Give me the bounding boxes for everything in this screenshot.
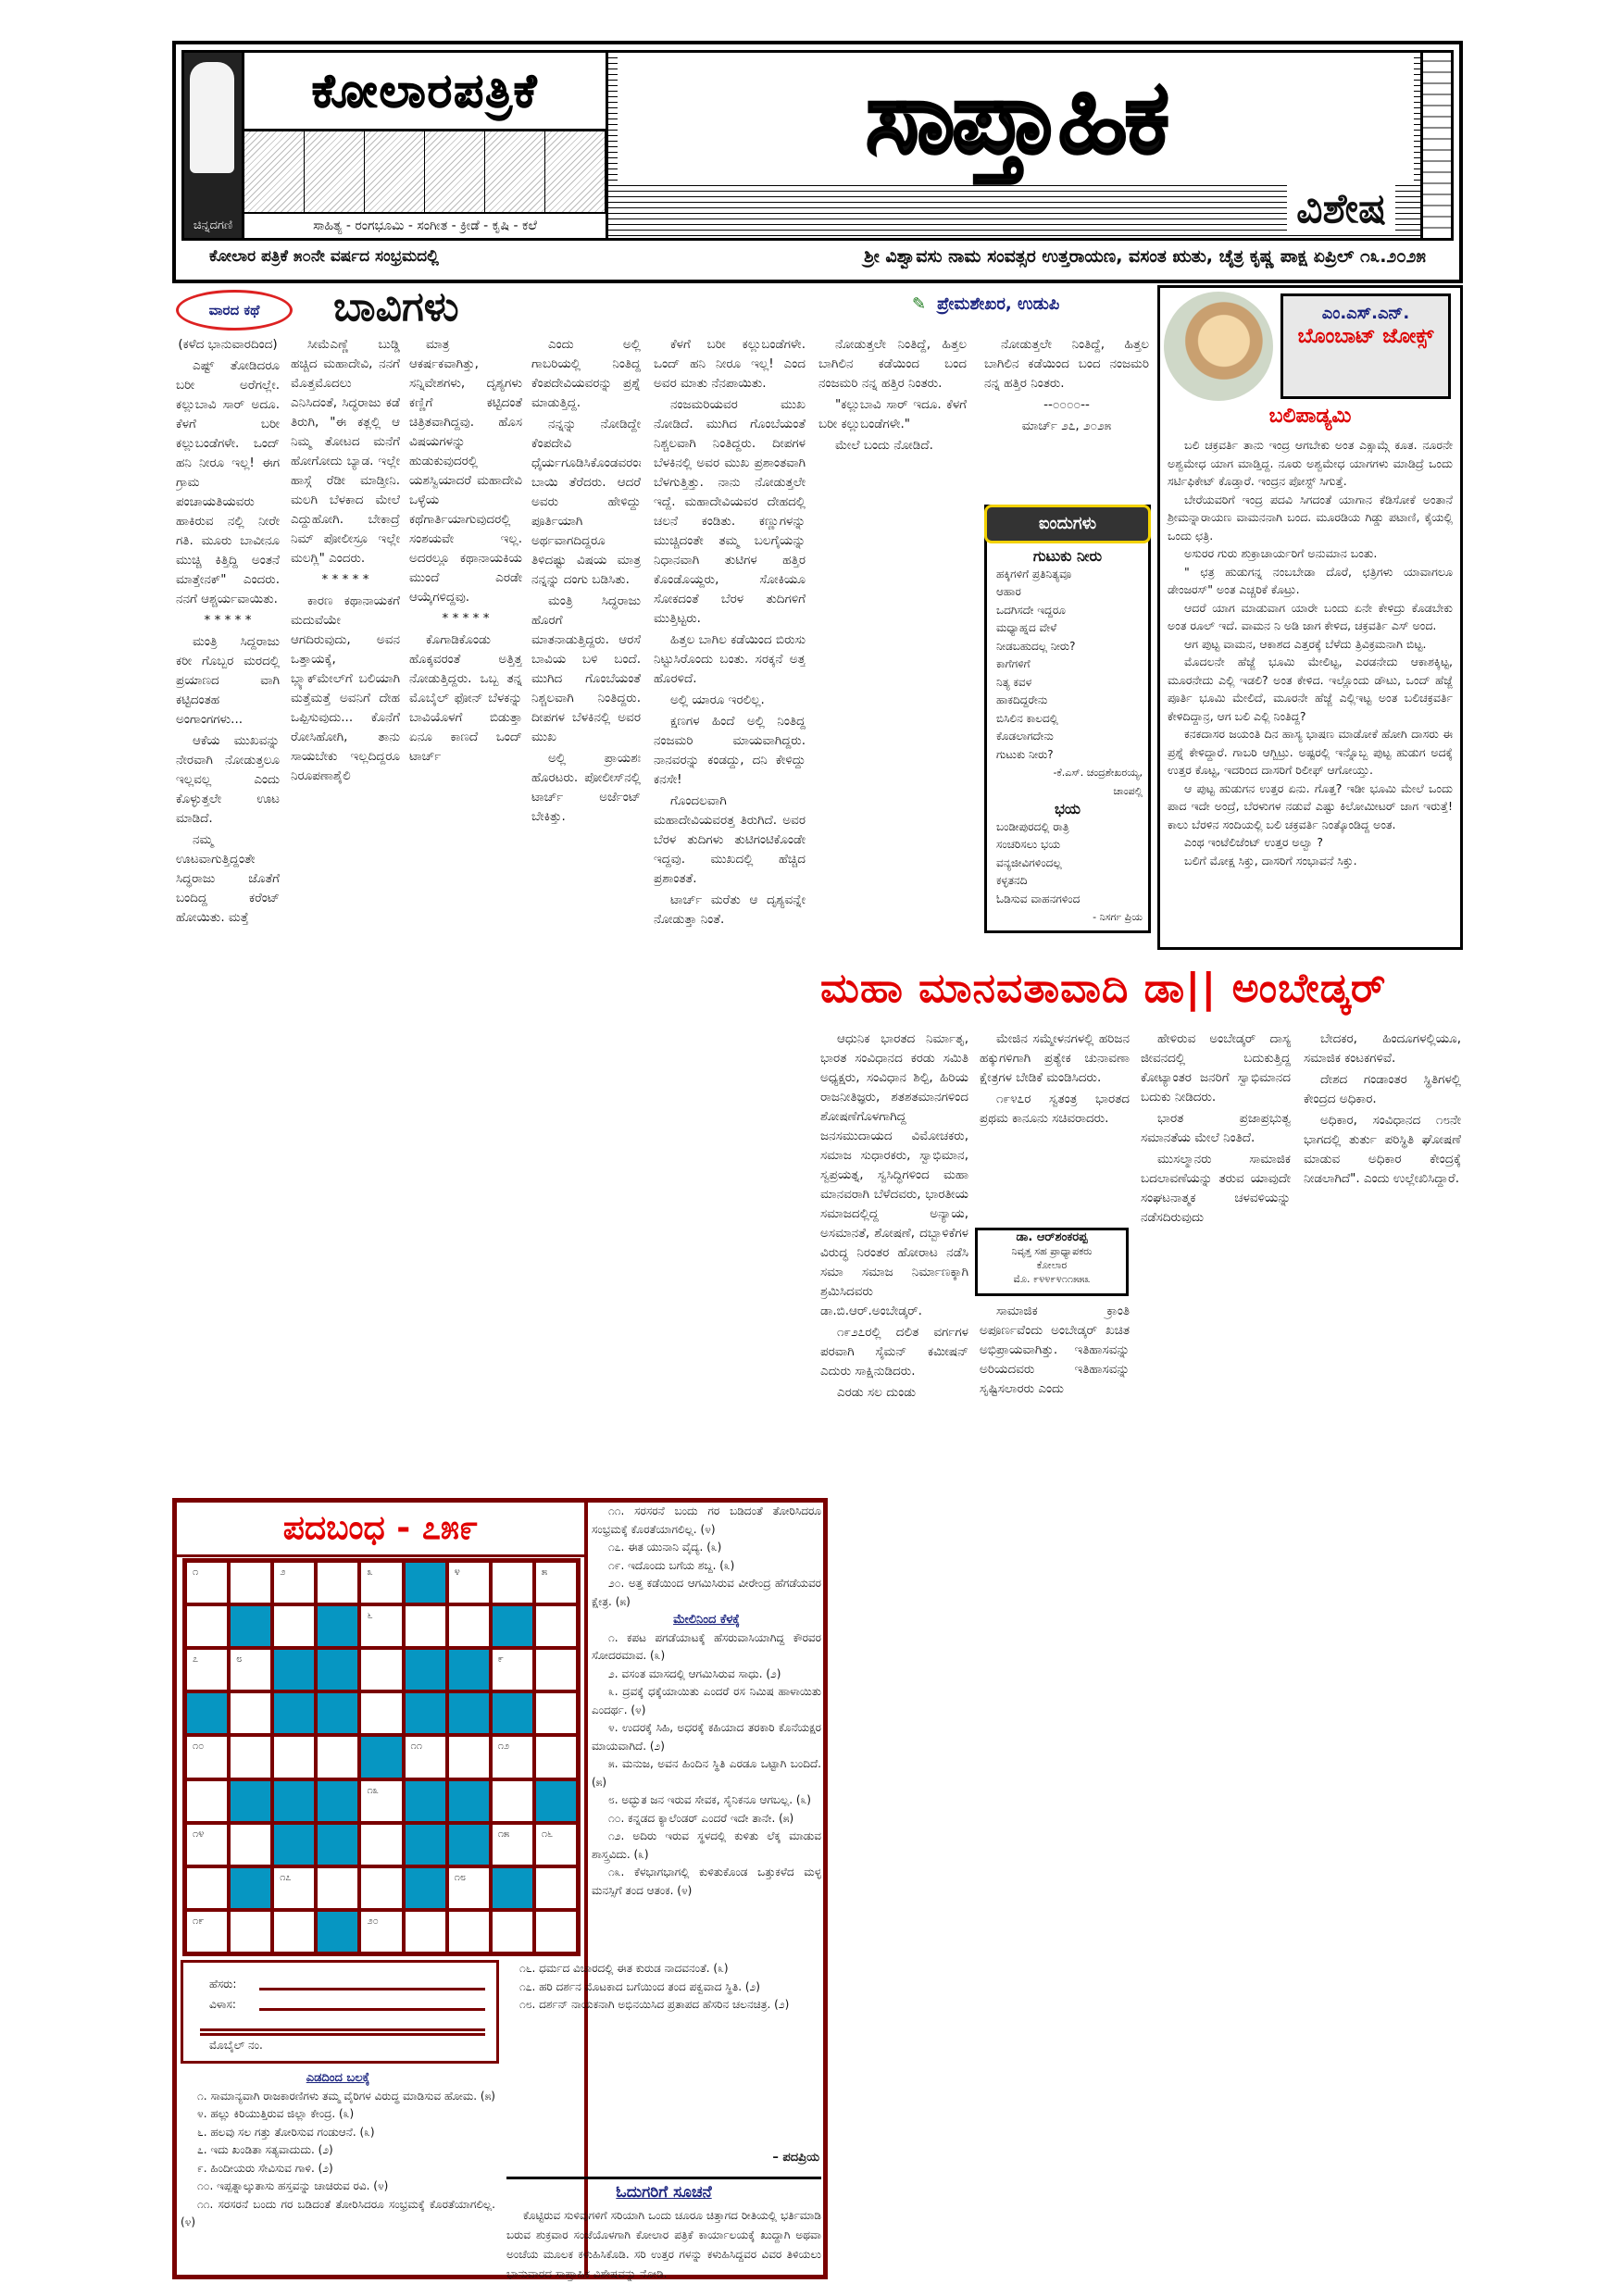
story-column-3: ಮಾತ್ರ ಆಕರ್ಷಕವಾಗಿತ್ತು, ಸನ್ನಿವೇಶಗಳು, ದೃಶ್ಯ…	[409, 335, 522, 1474]
crossword-cell[interactable]: ೨	[272, 1561, 316, 1604]
clue-number: ೫	[542, 1566, 547, 1578]
crossword-cell[interactable]	[272, 1910, 316, 1953]
decorative-border	[1420, 53, 1451, 238]
poem-author: -ಕೆ.ಎಸ್. ಚಂದ್ರಶೇಖರಯ್ಯ,	[987, 764, 1148, 782]
masthead-title-right: ಸಾಪ್ತಾಹಿಕ	[618, 53, 1414, 182]
crossword-cell[interactable]	[359, 1866, 403, 1910]
crossword-block-cell	[316, 1823, 359, 1866]
clue-number: ೨	[280, 1566, 285, 1578]
crossword-cell[interactable]: ೧೯	[185, 1910, 229, 1953]
story-column-2: ಸೀಮೆಎಣ್ಣೆ ಬುಡ್ಡಿ ಹಚ್ಚಿದ ಮಹಾದೇವಿ, ನನಗೆ ಮೊ…	[291, 335, 400, 1474]
mobile-field[interactable]: ಮೊಬೈಲ್ ನಂ.	[194, 2039, 485, 2053]
clue-number: ೭	[193, 1653, 198, 1666]
crossword-cell[interactable]	[534, 1604, 578, 1648]
crossword-cell[interactable]	[534, 1866, 578, 1910]
crossword-cell[interactable]	[272, 1735, 316, 1778]
crossword-cell[interactable]: ೮	[229, 1648, 272, 1691]
crossword-block-cell	[316, 1604, 359, 1648]
crossword-cell[interactable]: ೧೭	[272, 1866, 316, 1910]
arts-illustration	[244, 131, 606, 214]
crossword-cell[interactable]: ೪	[447, 1561, 491, 1604]
article-column-2b: ಸಾಮಾಜಿಕ ಕ್ರಾಂತಿ ಅಪೂರ್ಣವೆಂದು ಅಂಬೇಡ್ಕರ್ ಖಚ…	[980, 1302, 1130, 2270]
crossword-cell[interactable]	[491, 1779, 534, 1823]
crossword-cell[interactable]: ೭	[185, 1648, 229, 1691]
crossword-cell[interactable]	[447, 1910, 491, 1953]
crossword-cell[interactable]: ೯	[491, 1648, 534, 1691]
poem-title: ಗುಟುಕು ನೀರು	[987, 547, 1148, 566]
anniversary-note: ಕೋಲಾರ ಪತ್ರಿಕೆ ೫೦ನೇ ವರ್ಷದ ಸಂಭ್ರಮದಲ್ಲಿ	[209, 247, 439, 266]
masthead-subtitle: ವಿಶೇಷ	[1287, 185, 1395, 232]
poems-box: ಐಂದುಗಳು ಗುಟುಕು ನೀರು ಹಕ್ಕಿಗಳಿಗೆ ಪ್ರತಿನಿತ್…	[984, 505, 1151, 933]
crossword-cell[interactable]	[359, 1823, 403, 1866]
crossword-cell[interactable]	[404, 1604, 447, 1648]
crossword-cell[interactable]	[229, 1735, 272, 1778]
story-title: ಬಾವಿಗಳು	[333, 283, 459, 331]
clue-number: ೧೩	[367, 1784, 378, 1797]
crossword-block-cell	[447, 1779, 491, 1823]
crossword-cell[interactable]	[185, 1604, 229, 1648]
poem-title: ಭಯ	[987, 800, 1148, 818]
crossword-cell[interactable]	[491, 1561, 534, 1604]
article-column-2a: ಮೇಜಿನ ಸಮ್ಮೇಳನಗಳಲ್ಲಿ ಹರಿಜನ ಹಕ್ಕುಗಳಿಗಾಗಿ ಪ…	[980, 1029, 1130, 1224]
joke-body: ಬಲಿ ಚಕ್ರವರ್ತಿ ತಾನು ಇಂದ್ರ ಆಗಬೇಕು ಅಂತ ಎಕ್ಸ…	[1168, 436, 1453, 940]
jokes-box: ಎಂ.ಎಸ್.ಎನ್. ಬೊಂಬಾಟ್ ಜೋಕ್ಸ್ ಬಲಿಪಾಡ್ಯಮಿ ಬಲ…	[1157, 285, 1463, 950]
story-date: ಮಾರ್ಚ್ ೨೭, ೨೦೨೫	[984, 417, 1149, 436]
crossword-cell[interactable]: ೧೬	[534, 1823, 578, 1866]
crossword-cell[interactable]: ೨೦	[359, 1910, 403, 1953]
crossword-cell[interactable]	[534, 1910, 578, 1953]
story-column-4: ಎಂದು ಅಲ್ಲಿ ಗಾಬರಿಯಲ್ಲಿ ನಿಂತಿದ್ದ ಕೆಂಪದೇವಿಯ…	[531, 335, 641, 1474]
pen-icon: ✎	[912, 294, 926, 314]
crossword-cell[interactable]	[534, 1735, 578, 1778]
crossword-cell[interactable]	[534, 1648, 578, 1691]
crossword-signature: – ಪದಪ್ರಿಯ	[592, 2151, 819, 2165]
crossword-cell[interactable]	[316, 1561, 359, 1604]
crossword-block-cell	[491, 1866, 534, 1910]
clue-number: ೧೨	[498, 1740, 509, 1753]
crossword-block-cell	[229, 1779, 272, 1823]
crossword-block-cell	[447, 1691, 491, 1735]
clue-number: ೪	[455, 1566, 460, 1578]
crossword-cell[interactable]: ೧	[185, 1561, 229, 1604]
crossword-cell[interactable]	[229, 1823, 272, 1866]
crossword-cell[interactable]	[229, 1910, 272, 1953]
across-clues: ಎಡದಿಂದ ಬಲಕ್ಕೆ ೧. ಸಾಮಾನ್ಯವಾಗಿ ರಾಜಕಾರಣಿಗಳು…	[181, 2069, 495, 2232]
clue-number: ೮	[236, 1653, 242, 1666]
clue-number: ೧೪	[193, 1828, 204, 1841]
weekly-story-badge: ವಾರದ ಕಥೆ	[176, 290, 293, 331]
crossword-clues-right: ೧೧. ಸರಸರನೆ ಬಂದು ಗರ ಬಡಿದಂತೆ ತೋರಿಸಿದರೂ ಸಂಭ…	[592, 1503, 821, 2173]
crossword-block-cell	[447, 1823, 491, 1866]
caricature-image	[1164, 292, 1273, 401]
clue-number: ೧೦	[193, 1740, 204, 1753]
crossword-block-cell	[316, 1648, 359, 1691]
entry-form: ಹೆಸರು: ವಿಳಾಸ: ಮೊಬೈಲ್ ನಂ.	[181, 1960, 499, 2064]
crossword-block-cell	[316, 1910, 359, 1953]
crossword-cell[interactable]	[185, 1779, 229, 1823]
crossword-cell[interactable]	[185, 1866, 229, 1910]
crossword-cell[interactable]: ೧೪	[185, 1823, 229, 1866]
crossword-block-cell	[447, 1648, 491, 1691]
crossword-cell[interactable]	[359, 1691, 403, 1735]
clue-number: ೧೮	[455, 1871, 466, 1884]
article-column-4: ಬೇದಕರ, ಹಿಂದೂಗಳಲ್ಲಿಯೂ, ಸಮಾಜಿಕ ಕಂಟಕಗಳಿವೆ. …	[1304, 1029, 1461, 2270]
joke-title: ಬಲಿಪಾಡ್ಯಮಿ	[1160, 405, 1460, 428]
crossword-block-cell	[404, 1691, 447, 1735]
crossword-cell[interactable]: ೫	[534, 1561, 578, 1604]
crossword-cell[interactable]	[491, 1910, 534, 1953]
story-byline: ✎ಪ್ರೇಮಶೇಖರ, ಉಡುಪಿ	[912, 294, 1059, 314]
crossword-block-cell	[404, 1648, 447, 1691]
crossword-cell[interactable]: ೧೨	[491, 1735, 534, 1778]
crossword-cell[interactable]	[316, 1735, 359, 1778]
crossword-block-cell	[185, 1691, 229, 1735]
story-column-1: (ಕಳೆದ ಭಾನುವಾರದಿಂದ) ಎಷ್ಟ್ ತೋಡಿದರೂ ಬರೀ ಅರೆ…	[176, 335, 280, 1474]
crossword-cell[interactable]: ೧೫	[491, 1823, 534, 1866]
clue-number: ೧೭	[280, 1871, 291, 1884]
crossword-block-cell	[534, 1779, 578, 1823]
article-headline: ಮಹಾ ಮಾನವತಾವಾದಿ ಡಾ|| ಅಂಬೇಡ್ಕರ್	[820, 965, 1463, 1012]
crossword-block-cell	[316, 1691, 359, 1735]
crossword-block-cell	[404, 1866, 447, 1910]
address-field[interactable]: ವಿಳಾಸ:	[194, 1998, 485, 2013]
crossword-cell[interactable]	[229, 1691, 272, 1735]
crossword-block-cell	[272, 1648, 316, 1691]
masthead: ಚಿನ್ನದಗಣಿ ಕೋಲಾರಪತ್ರಿಕೆ ಸಾಹಿತ್ಯ - ರಂಗಭೂಮಿ…	[172, 41, 1463, 283]
address-line-2[interactable]	[194, 2018, 485, 2033]
crossword-clues-continued: ೧೬. ಧರ್ಮದ ವಿಚಾರದಲ್ಲಿ ಈತ ಕುರುಡ ನಾದವನಂತೆ. …	[503, 1960, 821, 2015]
crossword-cell[interactable]	[447, 1735, 491, 1778]
poem-author: - ನಿಸರ್ಗ ಪ್ರಿಯ	[987, 908, 1148, 927]
clue-number: ೧೬	[542, 1828, 553, 1841]
crossword-block-cell	[316, 1779, 359, 1823]
story-column-7: ನೋಡುತ್ತಲೇ ನಿಂತಿದ್ದೆ, ಹಿತ್ತಲ ಬಾಗಿಲಿನ ಕಡೆಯ…	[984, 335, 1149, 502]
crossword-block-cell	[404, 1561, 447, 1604]
poems-banner: ಐಂದುಗಳು	[984, 505, 1151, 543]
crossword-cell[interactable]	[447, 1604, 491, 1648]
crossword-block-cell	[359, 1735, 403, 1778]
name-field[interactable]: ಹೆಸರು:	[194, 1978, 485, 1992]
crossword-block-cell	[272, 1691, 316, 1735]
article-column-1: ಆಧುನಿಕ ಭಾರತದ ನಿರ್ಮಾತೃ, ಭಾರತ ಸಂವಿಧಾನದ ಕರಡ…	[820, 1029, 968, 2270]
crossword-title: ಪದಬಂಧ - ೭೫೯	[177, 1503, 584, 1557]
crossword-block-cell	[404, 1779, 447, 1823]
story-column-6: ನೋಡುತ್ತಲೇ ನಿಂತಿದ್ದೆ, ಹಿತ್ತಲ ಬಾಗಿಲಿನ ಕಡೆಯ…	[818, 335, 967, 955]
crossword-cell[interactable]	[534, 1691, 578, 1735]
crossword-block-cell	[229, 1866, 272, 1910]
clue-number: ೧೯	[193, 1915, 204, 1928]
crossword-block-cell	[491, 1604, 534, 1648]
clue-number: ೧೫	[498, 1828, 509, 1841]
masthead-strip: ಕೋಲಾರ ಪತ್ರಿಕೆ ೫೦ನೇ ವರ್ಷದ ಸಂಭ್ರಮದಲ್ಲಿ ಶ್ರ…	[181, 239, 1454, 274]
article-column-3: ಹೇಳಿರುವ ಅಂಬೇಡ್ಕರ್ ದಾಸ್ಯ ಜೀವನದಲ್ಲಿ ಬದುಕುತ…	[1141, 1029, 1291, 2270]
crossword-cell[interactable]	[316, 1866, 359, 1910]
crossword-block-cell	[404, 1823, 447, 1866]
end-mark: --೦೦೦೦--	[984, 395, 1149, 415]
crossword-cell[interactable]: ೧೧	[404, 1735, 447, 1778]
crossword-cell[interactable]	[404, 1910, 447, 1953]
crossword-cell[interactable]: ೩	[359, 1561, 403, 1604]
masthead-title-left: ಕೋಲಾರಪತ್ರಿಕೆ	[244, 53, 606, 131]
crossword-cell[interactable]	[272, 1604, 316, 1648]
jokes-header: ಎಂ.ಎಸ್.ಎನ್. ಬೊಂಬಾಟ್ ಜೋಕ್ಸ್	[1280, 293, 1451, 399]
clue-number: ೧೧	[411, 1740, 422, 1753]
crossword-cell[interactable]: ೧೩	[359, 1779, 403, 1823]
notice-title: ಓದುಗರಿಗೆ ಸೂಚನೆ	[506, 2183, 821, 2202]
divider	[584, 1503, 588, 2275]
crossword-cell[interactable]: ೧೦	[185, 1735, 229, 1778]
crossword-cell[interactable]	[359, 1648, 403, 1691]
across-clues-heading: ಎಡದಿಂದ ಬಲಕ್ಕೆ	[181, 2069, 495, 2088]
crossword-block-cell	[229, 1604, 272, 1648]
readers-notice: ಓದುಗರಿಗೆ ಸೂಚನೆ ಕೊಟ್ಟಿರುವ ಸುಳಿವುಗಳಿಗೆ ಸರಿ…	[506, 2177, 821, 2284]
story-column-5: ಕೆಳಗೆ ಬರೀ ಕಲ್ಲುಬಂಡೆಗಳೇ. ಒಂದ್ ಹನಿ ನೀರೂ ಇಲ…	[654, 335, 806, 955]
crossword-cell[interactable]: ೬	[359, 1604, 403, 1648]
masthead-tagline: ಸಾಹಿತ್ಯ - ರಂಗಭೂಮಿ - ಸಂಗೀತ - ಕ್ರೀಡೆ - ಕೃಷ…	[244, 214, 606, 238]
author-box: ಡಾ. ಆರ್‌ಶಂಕರಪ್ಪ ನಿವೃತ್ತ ಸಹ ಪ್ರಾಧ್ಯಾಪಕರು …	[975, 1228, 1129, 1296]
clue-number: ೨೦	[367, 1915, 378, 1928]
issue-date: ಶ್ರೀ ವಿಶ್ವಾವಸು ನಾಮ ಸಂವತ್ಸರ ಉತ್ತರಾಯಣ, ವಸಂ…	[864, 246, 1426, 267]
elephant-emblem-icon: ಚಿನ್ನದಗಣಿ	[184, 53, 244, 238]
clue-number: ೬	[367, 1609, 372, 1622]
crossword-block-cell	[491, 1691, 534, 1735]
crossword-section: ಪದಬಂಧ - ೭೫೯ ೧೨೩೪೫೬೭೮೯೧೦೧೧೧೨೧೩೧೪೧೫೧೬೧೭೧೮೧…	[172, 1498, 828, 2279]
clue-number: ೧	[193, 1566, 198, 1578]
crossword-block-cell	[272, 1779, 316, 1823]
clue-number: ೩	[367, 1566, 372, 1578]
down-clues-heading: ಮೇಲಿನಿಂದ ಕೆಳಕ್ಕೆ	[592, 1611, 821, 1629]
crossword-grid[interactable]: ೧೨೩೪೫೬೭೮೯೧೦೧೧೧೨೧೩೧೪೧೫೧೬೧೭೧೮೧೯೨೦	[182, 1558, 581, 1956]
crossword-block-cell	[272, 1823, 316, 1866]
crossword-cell[interactable]	[229, 1561, 272, 1604]
clue-number: ೯	[498, 1653, 504, 1666]
crossword-cell[interactable]: ೧೮	[447, 1866, 491, 1910]
